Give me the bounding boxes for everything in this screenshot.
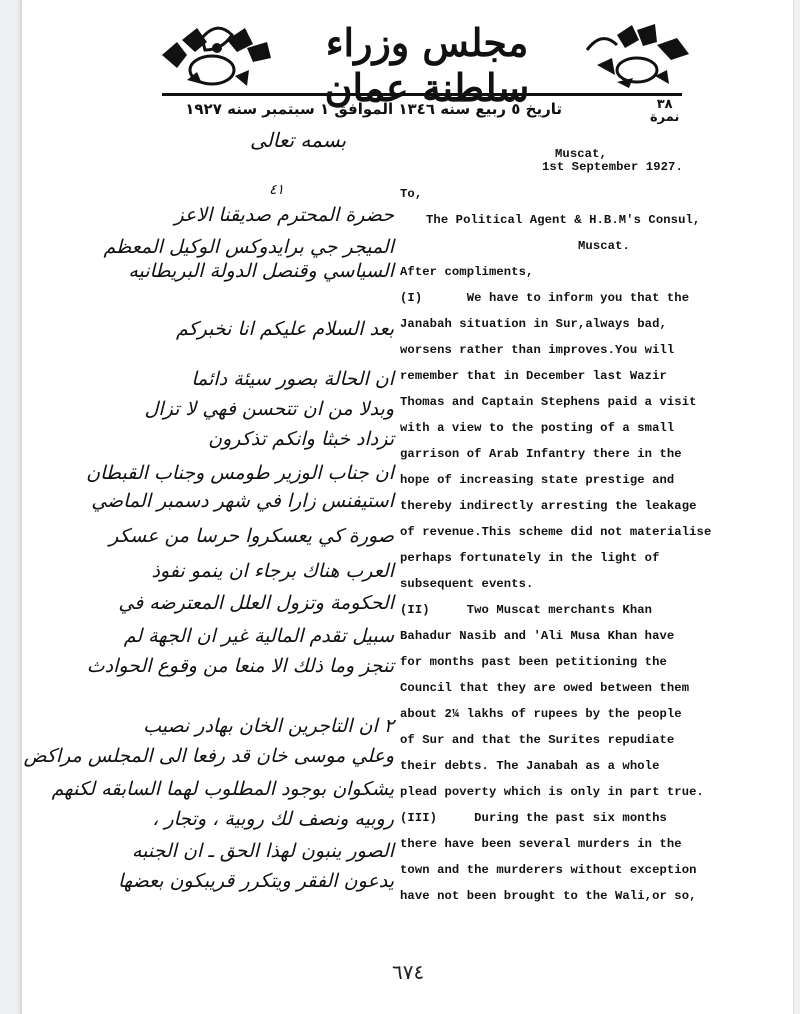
letter-line: The Political Agent & H.B.M's Consul, [400,207,770,233]
arabic-line: بعد السلام عليكم انا نخبركم [176,318,394,340]
letter-line: Muscat. [400,233,770,259]
floral-ornament-icon [157,20,277,90]
arabic-line: ان جناب الوزير طومس وجناب القبطان [86,462,394,484]
letter-line: remember that in December last Wazir [400,363,770,389]
letter-line: To, [400,181,770,207]
arabic-line: حضرة المحترم صديقنا الاعز [174,204,394,226]
arabic-date-line: تاريخ ٥ ربيع سنه ١٣٤٦ الموافق ١ سبتمبر س… [162,100,562,118]
letter-line: for months past been petitioning the [400,649,770,675]
arabic-reference-number: ٣٨ نمرة [650,98,679,124]
arabic-line: السياسي وقنصل الدولة البريطانيه [128,260,394,282]
letter-line: of revenue.This scheme did not materiali… [400,519,770,545]
arabic-line: الميجر جي برايدوكس الوكيل المعظم [103,236,394,258]
document-page: مجلس وزراء سلطنة عمان تاريخ ٥ ربيع سنه ١… [20,0,800,1014]
letter-line: town and the murderers without exception [400,857,770,883]
letter-line: have not been brought to the Wali,or so, [400,883,770,909]
arabic-line: العرب هناك برجاء ان ينمو نفوذ [152,560,394,582]
english-letter-body: To,The Political Agent & H.B.M's Consul,… [400,181,770,909]
letter-line: Thomas and Captain Stephens paid a visit [400,389,770,415]
arabic-line: الحكومة وتزول العلل المعترضه في [118,592,394,614]
arabic-line: يشكوان بوجود المطلوب لهما السابقه لكنهم [52,778,394,800]
page-number: ٦٧٤ [392,960,424,984]
letter-line: hope of increasing state prestige and [400,467,770,493]
arabic-line: ٤١ [269,182,284,198]
arabic-line: وعلي موسى خان قد رفعا الى المجلس مراكض [24,745,394,767]
letter-line: (II) Two Muscat merchants Khan [400,597,770,623]
viewer-scroll-rail [793,0,800,1014]
letter-line: their debts. The Janabah as a whole [400,753,770,779]
floral-ornament-icon [577,20,697,90]
arabic-line: يدعون الفقر ويتكرر قريبكون بعضها [118,870,394,892]
letter-line: about 2¼ lakhs of rupees by the people [400,701,770,727]
arabic-line: الصور ينبون لهذا الحق ـ ان الجنبه [132,840,394,862]
arabic-invocation: بسمه تعالى [250,128,346,152]
letter-line: there have been several murders in the [400,831,770,857]
letter-line: subsequent events. [400,571,770,597]
letter-line: Bahadur Nasib and 'Ali Musa Khan have [400,623,770,649]
letter-line: thereby indirectly arresting the leakage [400,493,770,519]
arabic-line: تزداد خبثا وانكم تذكرون [208,428,394,450]
letter-line: Janabah situation in Sur,always bad, [400,311,770,337]
letter-line: After compliments, [400,259,770,285]
arabic-line: وبدلا من ان تتحسن فهي لا تزال [145,398,394,420]
letterhead: مجلس وزراء سلطنة عمان [147,12,707,92]
arabic-line: ٢ ان التاجرين الخان بهادر نصيب [143,715,394,737]
letter-line: perhaps fortunately in the light of [400,545,770,571]
letter-line: plead poverty which is only in part true… [400,779,770,805]
letter-line: Council that they are owed between them [400,675,770,701]
letter-line: (I) We have to inform you that the [400,285,770,311]
arabic-line: ان الحالة بصور سيئة دائما [191,368,394,390]
letter-date: 1st September 1927. [542,160,683,174]
arabic-line: سبيل تقدم المالية غير ان الجهة لم [124,625,394,647]
arabic-line: تنجز وما ذلك الا منعا من وقوع الحوادث [87,655,394,677]
letter-line: (III) During the past six months [400,805,770,831]
letter-place: Muscat, [555,147,607,161]
arabic-line: استيفنس زارا في شهر دسمبر الماضي [91,490,394,512]
council-title: مجلس وزراء سلطنة عمان [287,20,567,110]
arabic-line: روبيه ونصف لك روبية ، وتجار ، [152,808,394,830]
arabic-line: صورة كي يعسكروا حرسا من عسكر [109,525,394,547]
letter-line: worsens rather than improves.You will [400,337,770,363]
letterhead-rule [162,93,682,96]
letter-line: with a view to the posting of a small [400,415,770,441]
letter-line: garrison of Arab Infantry there in the [400,441,770,467]
letter-line: of Sur and that the Surites repudiate [400,727,770,753]
